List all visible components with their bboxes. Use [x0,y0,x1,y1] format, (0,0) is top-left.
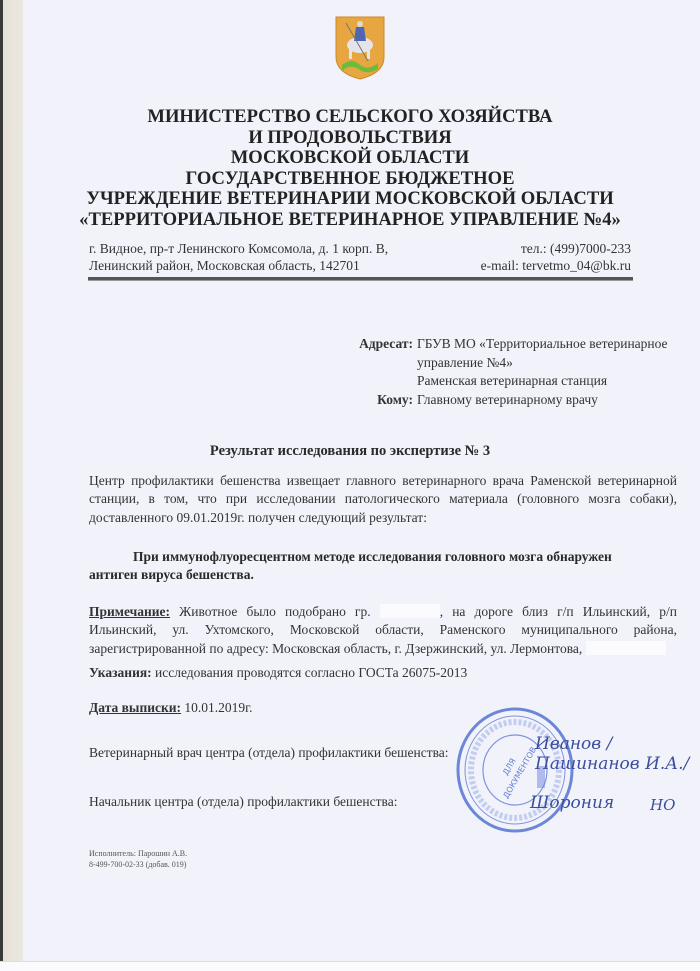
result-line: антиген вируса бешенства. [89,566,677,584]
intro-paragraph: Центр профилактики бешенства извещает гл… [89,472,677,527]
organization-header: МИНИСТЕРСТВО СЕЛЬСКОГО ХОЗЯЙСТВА И ПРОДО… [0,107,700,230]
coat-of-arms-icon [334,13,386,81]
header-line: «ТЕРРИТОРИАЛЬНОЕ ВЕТЕРИНАРНОЕ УПРАВЛЕНИЕ… [0,210,700,231]
executor-phone: 8-499-700-02-33 (добав. 019) [89,859,187,870]
result-line: При иммунофлуоресцентном методе исследов… [89,548,677,566]
header-line: ГОСУДАРСТВЕННОЕ БЮДЖЕТНОЕ [0,169,700,190]
addressee-block: Адресат: ГБУВ МО «Территориальное ветери… [358,335,668,409]
header-divider [88,277,633,281]
phone: тел.: (499)7000-233 [481,240,631,257]
vet-signature-label: Ветеринарный врач центра (отдела) профил… [89,745,449,761]
redacted-name [380,604,440,618]
head-initials-handwriting: НО [650,796,675,814]
instructions-label: Указания: [89,665,152,680]
document-title: Результат исследования по экспертизе № 3 [0,443,700,460]
to-label: Кому: [358,391,413,410]
header-line: МОСКОВСКОЙ ОБЛАСТИ [0,148,700,169]
note-paragraph: Примечание: Животное было подобрано гр. … [89,603,677,658]
address-line: Ленинский район, Московская область, 142… [89,257,388,274]
scan-bottom-edge [0,961,700,971]
instructions: Указания: исследования проводятся соглас… [89,665,467,681]
addressee-line: управление №4» [358,354,668,373]
redacted-address [586,641,666,655]
address-line: г. Видное, пр-т Ленинского Комсомола, д.… [89,240,388,257]
header-line: И ПРОДОВОЛЬСТВИЯ [0,128,700,149]
head-signature-label: Начальник центра (отдела) профилактики б… [89,794,397,810]
addressee-line: ГБУВ МО «Территориальное ветеринарное [417,335,668,354]
executor-name: Исполнитель: Парошин А.В. [89,848,187,859]
note-label: Примечание: [89,604,170,619]
addressee-line: Раменская ветеринарная станция [358,372,668,391]
instructions-value: исследования проводятся согласно ГОСТа 2… [152,665,468,680]
email: e-mail: tervetmo_04@bk.ru [481,257,631,274]
issue-date-value: 10.01.2019г. [181,700,253,715]
header-line: УЧРЕЖДЕНИЕ ВЕТЕРИНАРИИ МОСКОВСКОЙ ОБЛАСТ… [0,189,700,210]
organization-contacts: тел.: (499)7000-233 e-mail: tervetmo_04@… [481,240,631,274]
executor-info: Исполнитель: Парошин А.В. 8-499-700-02-3… [89,848,187,870]
vet-signature-handwriting: Иванов / Пашинанов И.А./ [535,734,700,774]
result-statement: При иммунофлуоресцентном методе исследов… [89,548,677,585]
header-line: МИНИСТЕРСТВО СЕЛЬСКОГО ХОЗЯЙСТВА [0,107,700,128]
addressee-label: Адресат: [358,335,413,354]
organization-address: г. Видное, пр-т Ленинского Комсомола, д.… [89,240,388,274]
to-value: Главному ветеринарному врачу [417,391,598,410]
issue-date-label: Дата выписки: [89,700,181,715]
note-text: Животное было подобрано гр. [170,604,380,619]
issue-date: Дата выписки: 10.01.2019г. [89,700,253,716]
head-signature-handwriting: Шорония [530,793,614,813]
